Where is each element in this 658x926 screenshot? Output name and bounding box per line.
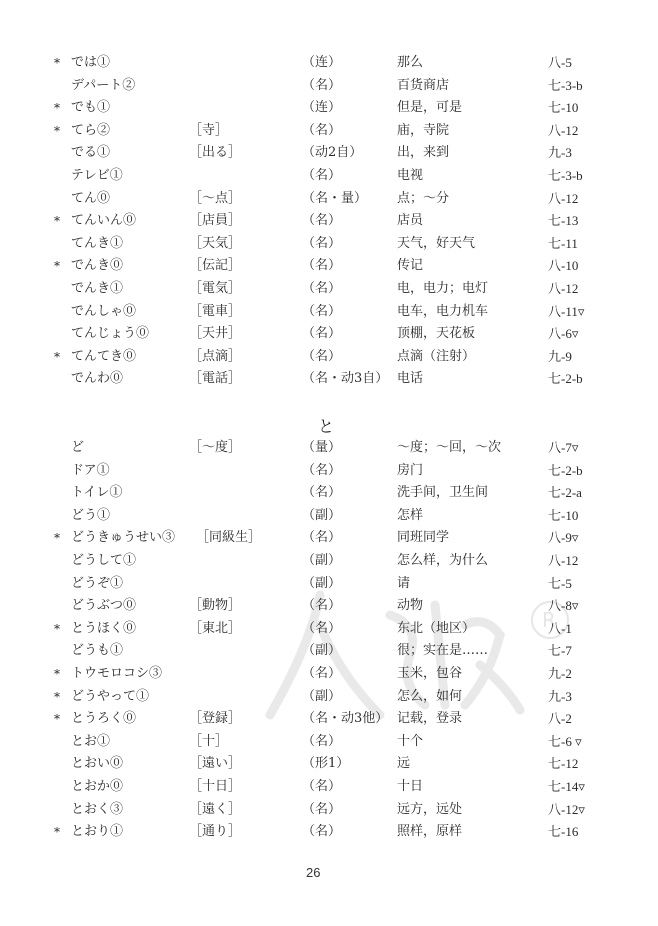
entry-meaning: 百货商店 (397, 75, 449, 98)
entry-kana: てんじょう⓪ (71, 323, 149, 346)
important-marker: * (54, 708, 60, 731)
entry-meaning: 怎么样，为什么 (397, 550, 488, 573)
entry-meaning: 点；～分 (397, 188, 449, 211)
entry-kanji: ［店員］ (189, 210, 241, 233)
entry-meaning: 怎样 (397, 505, 423, 528)
entry-meaning: 天气，好天气 (397, 233, 475, 256)
entry-part-of-speech: （名） (302, 346, 341, 369)
entry-part-of-speech: （名） (302, 731, 341, 754)
entry-kana: てん⓪ (71, 188, 110, 211)
entry-row: とおい⓪ ［遠い］ （形1） 远 七-12 (0, 753, 658, 776)
entry-row: * トウモロコシ③ （名） 玉米，包谷 九-2 (0, 663, 658, 686)
entry-meaning: 玉米，包谷 (397, 663, 462, 686)
entry-meaning: 东北（地区） (397, 618, 475, 641)
entry-part-of-speech: （名） (302, 278, 341, 301)
entry-kana: とおり① (71, 821, 123, 844)
entry-lesson-ref: 八-12 (548, 550, 578, 573)
entry-part-of-speech: （连） (302, 52, 341, 75)
entry-lesson-ref: 九-9 (548, 346, 572, 369)
entry-row: ドア① （名） 房门 七-2-b (0, 460, 658, 483)
entry-part-of-speech: （形1） (302, 753, 349, 776)
entry-kana: どう① (71, 505, 110, 528)
entry-meaning: 同班同学 (397, 527, 449, 550)
entry-row: * でんき⓪ ［伝記］ （名） 传记 八-10 (0, 255, 658, 278)
entry-row: でんき① ［電気］ （名） 电，电力；电灯 八-12 (0, 278, 658, 301)
important-marker: * (54, 210, 60, 233)
entry-lesson-ref: 七-14▿ (548, 776, 585, 799)
entry-part-of-speech: （名） (302, 821, 341, 844)
entry-kana: とお① (71, 731, 110, 754)
entry-kana: でんしゃ⓪ (71, 301, 136, 324)
entry-meaning: 照样，原样 (397, 821, 462, 844)
entry-meaning: 电话 (397, 368, 423, 391)
entry-row: でんしゃ⓪ ［電車］ （名） 电车，电力机车 八-11▿ (0, 301, 658, 324)
entry-kana: とおか⓪ (71, 776, 123, 799)
entry-meaning: 洗手间，卫生间 (397, 482, 488, 505)
entry-kana: てら② (71, 120, 110, 143)
entry-kana: どうぞ① (71, 573, 123, 596)
entry-row: ど ［～度］ （量） ～度；～回，～次 八-7▿ (0, 437, 658, 460)
entry-part-of-speech: （副） (302, 550, 341, 573)
entry-row: * でも① （连） 但是，可是 七-10 (0, 97, 658, 120)
entry-row: テレビ① （名） 电视 七-3-b (0, 165, 658, 188)
entry-row: どうも① （副） 很；实在是…… 七-7 (0, 640, 658, 663)
important-marker: * (54, 686, 60, 709)
entry-kana: とうほく⓪ (71, 618, 136, 641)
entry-lesson-ref: 九-3 (548, 142, 572, 165)
important-marker: * (54, 618, 60, 641)
entry-lesson-ref: 七-11 (548, 233, 578, 256)
entry-part-of-speech: （名） (302, 75, 341, 98)
entry-lesson-ref: 七-12 (548, 753, 578, 776)
entry-lesson-ref: 七-16 (548, 821, 578, 844)
entry-lesson-ref: 七-6 ▿ (548, 731, 582, 754)
entry-meaning: 那么 (397, 52, 423, 75)
section-heading: と (318, 414, 334, 437)
entry-kanji: ［～点］ (189, 188, 241, 211)
entry-row: とおく③ ［遠く］ （名） 远方，远处 八-12▿ (0, 799, 658, 822)
entry-row: どうして① （副） 怎么样，为什么 八-12 (0, 550, 658, 573)
entry-row: でる① ［出る］ （动2自） 出，来到 九-3 (0, 142, 658, 165)
entry-lesson-ref: 八-10 (548, 255, 578, 278)
entry-kanji: ［十］ (189, 731, 228, 754)
entry-lesson-ref: 八-12 (548, 278, 578, 301)
important-marker: * (54, 255, 60, 278)
entry-kana: でんき⓪ (71, 255, 123, 278)
entry-meaning: 房门 (397, 460, 423, 483)
entry-row: * どうやって① （副） 怎么，如何 九-3 (0, 686, 658, 709)
entry-row: トイレ① （名） 洗手间，卫生间 七-2-a (0, 482, 658, 505)
entry-meaning: 电视 (397, 165, 423, 188)
important-marker: * (54, 52, 60, 75)
entry-meaning: 远 (397, 753, 410, 776)
entry-lesson-ref: 八-12 (548, 120, 578, 143)
entry-kanji: ［通り］ (189, 821, 241, 844)
entry-part-of-speech: （名） (302, 799, 341, 822)
entry-lesson-ref: 七-3-b (548, 75, 583, 98)
entry-part-of-speech: （名・量） (302, 188, 367, 211)
entry-kanji: ［天気］ (189, 233, 241, 256)
entry-row: * とうほく⓪ ［東北］ （名） 东北（地区） 八-1 (0, 618, 658, 641)
entry-kana: てんいん⓪ (71, 210, 136, 233)
entry-part-of-speech: （名） (302, 120, 341, 143)
entry-kanji: ［～度］ (189, 437, 241, 460)
entry-kana: でんき① (71, 278, 123, 301)
entry-part-of-speech: （名） (302, 663, 341, 686)
entry-row: * どうきゅうせい③ ［同級生］ （名） 同班同学 八-9▿ (0, 527, 658, 550)
entry-kana: どうも① (71, 640, 123, 663)
entry-lesson-ref: 八-12▿ (548, 799, 585, 822)
entry-lesson-ref: 七-5 (548, 573, 572, 596)
entry-meaning: 出，来到 (397, 142, 449, 165)
entry-kanji: ［登録］ (189, 708, 241, 731)
entry-lesson-ref: 八-11▿ (548, 301, 584, 324)
entry-part-of-speech: （名） (302, 255, 341, 278)
important-marker: * (54, 346, 60, 369)
entry-kana: でも① (71, 97, 110, 120)
entry-kanji: ［東北］ (189, 618, 241, 641)
entry-row: * とうろく⓪ ［登録］ （名・动3他） 记载，登录 八-2 (0, 708, 658, 731)
entry-meaning: 顶棚，天花板 (397, 323, 475, 346)
entry-lesson-ref: 八-5 (548, 52, 572, 75)
entry-kana: トイレ① (71, 482, 122, 505)
entry-kanji: ［電車］ (189, 301, 241, 324)
entry-kana: てんてき⓪ (71, 346, 136, 369)
entry-kanji: ［伝記］ (189, 255, 241, 278)
entry-meaning: 远方，远处 (397, 799, 462, 822)
entry-row: * では① （连） 那么 八-5 (0, 52, 658, 75)
entry-part-of-speech: （副） (302, 640, 341, 663)
entry-part-of-speech: （副） (302, 573, 341, 596)
entry-part-of-speech: （名・动3他） (302, 708, 388, 731)
entry-kanji: ［出る］ (189, 142, 241, 165)
entry-kanji: ［天井］ (189, 323, 241, 346)
entry-lesson-ref: 八-6▿ (548, 323, 578, 346)
entry-row: てんき① ［天気］ （名） 天气，好天气 七-11 (0, 233, 658, 256)
entry-meaning: 十日 (397, 776, 423, 799)
entry-kana: テレビ① (71, 165, 123, 188)
important-marker: * (54, 527, 60, 550)
entry-kana: でる① (71, 142, 110, 165)
entry-row: どうぶつ⓪ ［動物］ （名） 动物 八-8▿ (0, 595, 658, 618)
entry-kana: ど (71, 437, 84, 460)
entry-kanji: ［遠く］ (189, 799, 241, 822)
entry-meaning: 十个 (397, 731, 423, 754)
entry-kanji: ［寺］ (189, 120, 228, 143)
entry-kana: デパート② (71, 75, 135, 98)
entry-part-of-speech: （名） (302, 210, 341, 233)
entry-part-of-speech: （名） (302, 233, 341, 256)
entry-lesson-ref: 九-2 (548, 663, 572, 686)
entry-part-of-speech: （名） (302, 776, 341, 799)
entry-meaning: 记载，登录 (397, 708, 462, 731)
entry-lesson-ref: 八-8▿ (548, 595, 578, 618)
dictionary-page: R * では① （连） 那么 八-5 デパート② （名） 百货商店 七-3-b … (0, 0, 658, 926)
entry-lesson-ref: 七-2-b (548, 460, 583, 483)
entry-meaning: 动物 (397, 595, 423, 618)
entry-meaning: 怎么，如何 (397, 686, 462, 709)
important-marker: * (54, 97, 60, 120)
important-marker: * (54, 663, 60, 686)
entry-kanji: ［点滴］ (189, 346, 241, 369)
entry-row: てんじょう⓪ ［天井］ （名） 顶棚，天花板 八-6▿ (0, 323, 658, 346)
entry-kanji: ［電気］ (189, 278, 241, 301)
entry-part-of-speech: （名） (302, 165, 341, 188)
entry-part-of-speech: （名） (302, 301, 341, 324)
entry-lesson-ref: 八-7▿ (548, 437, 578, 460)
entry-lesson-ref: 八-12 (548, 188, 578, 211)
entry-kanji: ［遠い］ (189, 753, 241, 776)
entry-row: とお① ［十］ （名） 十个 七-6 ▿ (0, 731, 658, 754)
entry-kanji: ［同級生］ (196, 527, 261, 550)
entry-kana: とおい⓪ (71, 753, 123, 776)
entry-part-of-speech: （副） (302, 686, 341, 709)
important-marker: * (54, 120, 60, 143)
entry-part-of-speech: （连） (302, 97, 341, 120)
entry-meaning: 很；实在是…… (397, 640, 488, 663)
entry-row: どうぞ① （副） 请 七-5 (0, 573, 658, 596)
entry-meaning: 但是，可是 (397, 97, 462, 120)
entry-kana: どうぶつ⓪ (71, 595, 136, 618)
entry-row: てん⓪ ［～点］ （名・量） 点；～分 八-12 (0, 188, 658, 211)
entry-lesson-ref: 七-10 (548, 97, 578, 120)
entry-part-of-speech: （名） (302, 460, 341, 483)
entry-row: デパート② （名） 百货商店 七-3-b (0, 75, 658, 98)
entry-lesson-ref: 八-2 (548, 708, 572, 731)
entry-lesson-ref: 七-10 (548, 505, 578, 528)
entry-meaning: 电车，电力机车 (397, 301, 488, 324)
entry-kana: とおく③ (71, 799, 123, 822)
entry-part-of-speech: （名） (302, 595, 341, 618)
entry-part-of-speech: （名） (302, 527, 341, 550)
entry-lesson-ref: 七-2-b (548, 368, 583, 391)
entry-part-of-speech: （名） (302, 323, 341, 346)
important-marker: * (54, 821, 60, 844)
entry-part-of-speech: （名） (302, 618, 341, 641)
entry-meaning: 庙，寺院 (397, 120, 449, 143)
entry-row: どう① （副） 怎样 七-10 (0, 505, 658, 528)
entry-kana: とうろく⓪ (71, 708, 136, 731)
entry-meaning: ～度；～回，～次 (397, 437, 501, 460)
entry-kanji: ［十日］ (189, 776, 241, 799)
entry-row: とおか⓪ ［十日］ （名） 十日 七-14▿ (0, 776, 658, 799)
entry-kana: どうして① (71, 550, 136, 573)
entry-kana: ドア① (71, 460, 110, 483)
entry-lesson-ref: 八-1 (548, 618, 572, 641)
entry-meaning: 点滴（注射） (397, 346, 475, 369)
entry-lesson-ref: 七-2-a (548, 482, 582, 505)
entry-row: * てら② ［寺］ （名） 庙，寺院 八-12 (0, 120, 658, 143)
entry-part-of-speech: （动2自） (302, 142, 362, 165)
entry-part-of-speech: （量） (302, 437, 341, 460)
entry-lesson-ref: 七-3-b (548, 165, 583, 188)
entry-kana: でんわ⓪ (71, 368, 123, 391)
entry-lesson-ref: 八-9▿ (548, 527, 578, 550)
entry-meaning: 电，电力；电灯 (397, 278, 488, 301)
entry-row: * てんてき⓪ ［点滴］ （名） 点滴（注射） 九-9 (0, 346, 658, 369)
entry-kana: てんき① (71, 233, 123, 256)
entry-part-of-speech: （副） (302, 505, 341, 528)
entry-kanji: ［電話］ (189, 368, 241, 391)
entry-lesson-ref: 七-7 (548, 640, 572, 663)
entry-meaning: 传记 (397, 255, 423, 278)
entry-part-of-speech: （名・动3自） (302, 368, 388, 391)
entry-row: * とおり① ［通り］ （名） 照样，原样 七-16 (0, 821, 658, 844)
entry-meaning: 店员 (397, 210, 423, 233)
entry-kanji: ［動物］ (189, 595, 241, 618)
entry-part-of-speech: （名） (302, 482, 341, 505)
entry-kana: では① (71, 52, 110, 75)
entry-kana: どうやって① (71, 686, 149, 709)
entry-row: * てんいん⓪ ［店員］ （名） 店员 七-13 (0, 210, 658, 233)
entry-row: でんわ⓪ ［電話］ （名・动3自） 电话 七-2-b (0, 368, 658, 391)
entry-kana: トウモロコシ③ (71, 663, 162, 686)
page-number: 26 (306, 865, 320, 880)
entry-lesson-ref: 七-13 (548, 210, 578, 233)
entry-kana: どうきゅうせい③ (71, 527, 175, 550)
entry-meaning: 请 (397, 573, 410, 596)
entry-lesson-ref: 九-3 (548, 686, 572, 709)
